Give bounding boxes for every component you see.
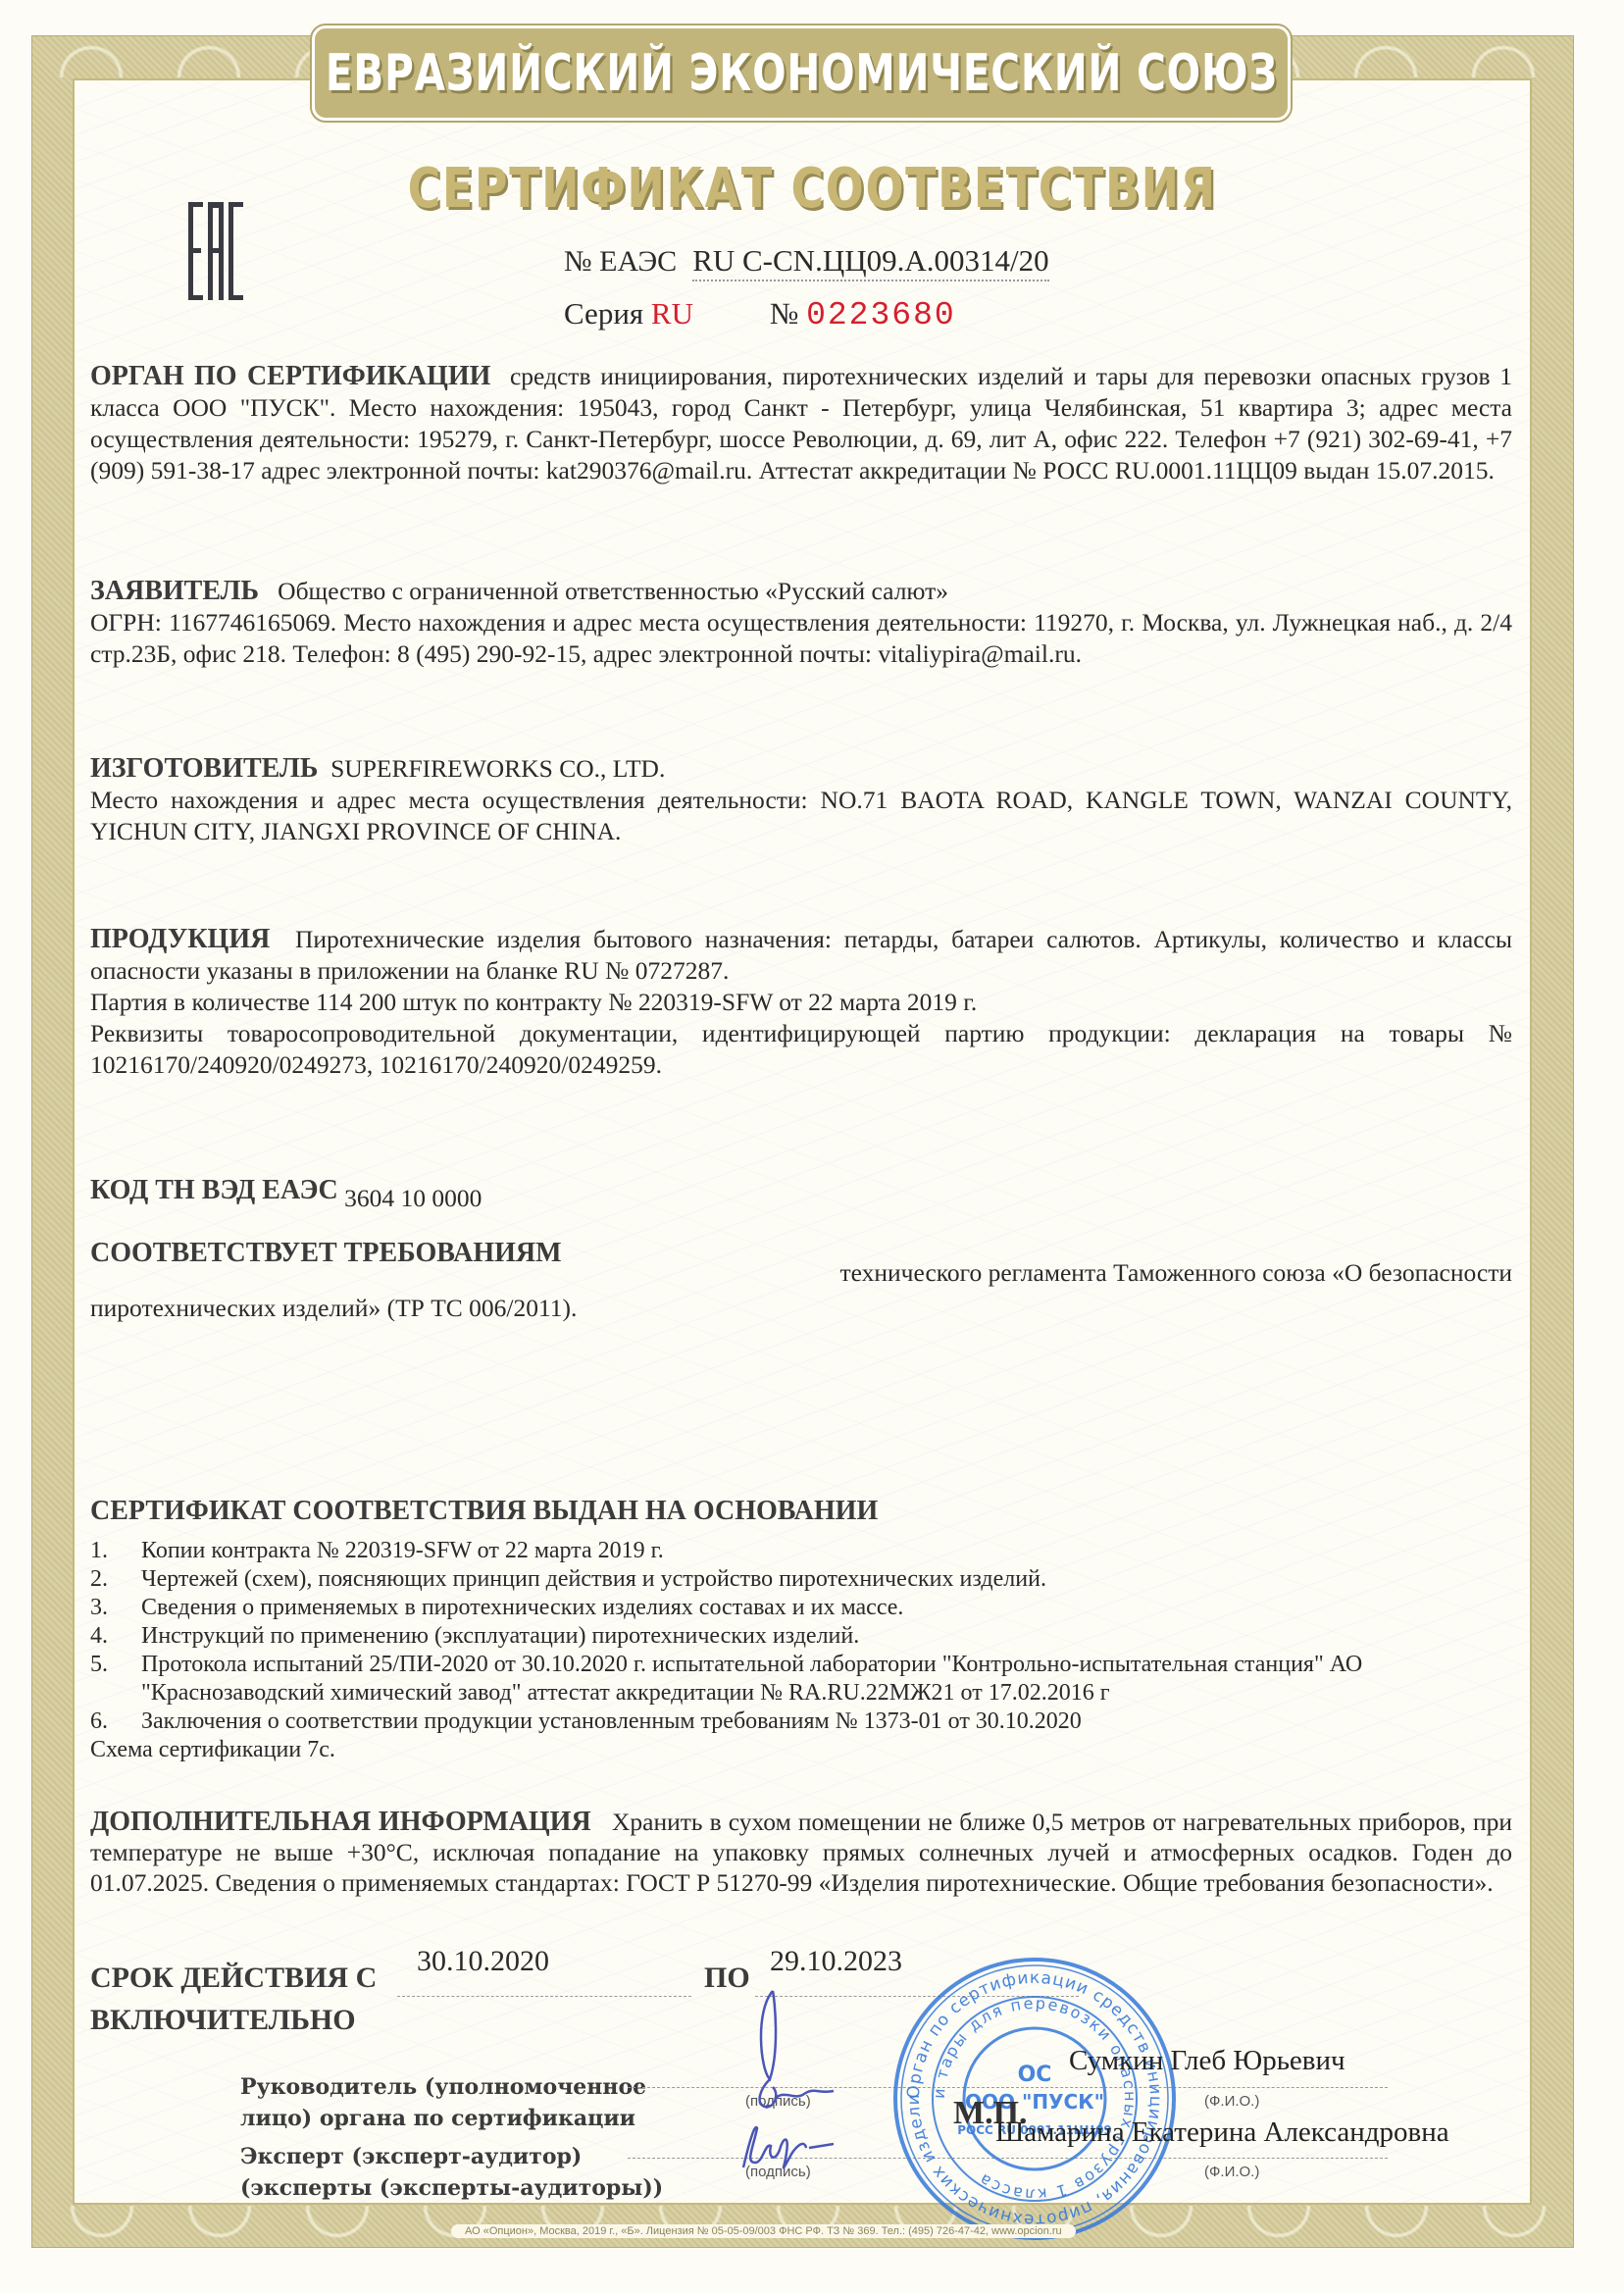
head-label-line1: Руководитель (уполномоченное xyxy=(240,2071,646,2103)
list-item-number: 6. xyxy=(90,1708,141,1736)
list-item: 4.Инструкций по применению (эксплуатации… xyxy=(90,1622,1512,1651)
validity-from-date: 30.10.2020 xyxy=(417,1945,549,1978)
section-heading: ДОПОЛНИТЕЛЬНАЯ ИНФОРМАЦИЯ xyxy=(90,1807,591,1837)
list-item-number: 4. xyxy=(90,1622,141,1651)
certification-scheme: Схема сертификации 7с. xyxy=(90,1736,1512,1764)
list-item-number: 2. xyxy=(90,1565,141,1594)
head-fio-caption: (Ф.И.О.) xyxy=(1204,2093,1259,2110)
list-item: 6.Заключения о соответствии продукции ус… xyxy=(90,1708,1512,1736)
union-banner-text: ЕВРАЗИЙСКИЙ ЭКОНОМИЧЕСКИЙ СОЮЗ xyxy=(325,44,1277,103)
section-heading: ЗАЯВИТЕЛЬ xyxy=(90,576,259,606)
series-value: RU xyxy=(651,296,693,331)
validity-inclusive: ВКЛЮЧИТЕЛЬНО xyxy=(90,2004,356,2037)
product-batch: Партия в количестве 114 200 штук по конт… xyxy=(90,988,977,1016)
validity-from-label: СРОК ДЕЙСТВИЯ С xyxy=(90,1962,377,1995)
expert-signature-icon xyxy=(736,2118,843,2177)
expert-label: Эксперт (эксперт-аудитор) (эксперты (экс… xyxy=(240,2141,663,2204)
section-heading: ОРГАН ПО СЕРТИФИКАЦИИ xyxy=(90,361,490,391)
expert-fio-caption: (Ф.И.О.) xyxy=(1204,2164,1259,2180)
eac-logo-icon: ЕАС xyxy=(188,202,243,300)
section-hs-code: КОД ТН ВЭД ЕАЭС 3604 10 0000 xyxy=(90,1175,1512,1206)
list-item: 5.Протокола испытаний 25/ПИ-2020 от 30.1… xyxy=(90,1651,1512,1708)
list-item-text: Протокола испытаний 25/ПИ-2020 от 30.10.… xyxy=(141,1651,1512,1708)
conforms-text-1: технического регламента Таможенного союз… xyxy=(677,1257,1512,1289)
svg-text:ОС: ОС xyxy=(1018,2063,1052,2087)
head-label-line2: лицо) органа по сертификации xyxy=(240,2103,646,2134)
printer-note: АО «Опцион», Москва, 2019 г., «Б». Лицен… xyxy=(451,2221,1076,2239)
applicant-name: Общество с ограниченной ответственностью… xyxy=(278,577,948,605)
list-item-text: Инструкций по применению (эксплуатации) … xyxy=(141,1622,859,1651)
section-text: ОГРН: 1167746165069. Место нахождения и … xyxy=(90,608,1512,668)
expert-label-line2: (эксперты (эксперты-аудиторы)) xyxy=(240,2172,663,2204)
validity-from-line xyxy=(397,1996,691,1997)
list-item-text: Копии контракта № 220319-SFW от 22 марта… xyxy=(141,1537,664,1565)
section-additional-info: ДОПОЛНИТЕЛЬНАЯ ИНФОРМАЦИЯ Хранить в сухо… xyxy=(90,1807,1512,1898)
section-product: ПРОДУКЦИЯ Пиротехнические изделия бытово… xyxy=(90,924,1512,1081)
list-item: 2.Чертежей (схем), поясняющих принцип де… xyxy=(90,1565,1512,1594)
conforms-text-2: пиротехнических изделий» (ТР ТС 006/2011… xyxy=(90,1293,1512,1324)
product-description: Пиротехнические изделия бытового назначе… xyxy=(90,925,1512,985)
head-name: Сумкин Глеб Юрьевич xyxy=(1069,2045,1345,2077)
basis-list: 1.Копии контракта № 220319-SFW от 22 мар… xyxy=(90,1537,1512,1764)
certificate-title: СЕРТИФИКАТ СООТВЕТСТВИЯ xyxy=(0,157,1624,221)
reg-number-value: RU C-CN.ЦЦ09.А.00314/20 xyxy=(692,243,1048,281)
printer-note-text: АО «Опцион», Москва, 2019 г., «Б». Лицен… xyxy=(451,2224,1076,2238)
section-manufacturer: ИЗГОТОВИТЕЛЬ SUPERFIREWORKS CO., LTD. Ме… xyxy=(90,753,1512,847)
section-heading: СЕРТИФИКАТ СООТВЕТСТВИЯ ВЫДАН НА ОСНОВАН… xyxy=(90,1496,878,1526)
head-label: Руководитель (уполномоченное лицо) орган… xyxy=(240,2071,646,2134)
list-item-text: Заключения о соответствии продукции уста… xyxy=(141,1708,1082,1736)
expert-name: Шамарина Екатерина Александровна xyxy=(995,2116,1449,2149)
list-item-number: 1. xyxy=(90,1537,141,1565)
list-item-number: 3. xyxy=(90,1594,141,1622)
list-item-number: 5. xyxy=(90,1651,141,1708)
section-certification-body: ОРГАН ПО СЕРТИФИКАЦИИ средств инициирова… xyxy=(90,361,1512,486)
blank-number-value: 0223680 xyxy=(806,297,956,333)
list-item: 1.Копии контракта № 220319-SFW от 22 мар… xyxy=(90,1537,1512,1565)
manufacturer-name: SUPERFIREWORKS CO., LTD. xyxy=(330,754,665,783)
section-heading: ИЗГОТОВИТЕЛЬ xyxy=(90,753,318,784)
blank-series: Серия RU № 0223680 xyxy=(564,296,956,333)
section-text: Место нахождения и адрес места осуществл… xyxy=(90,786,1512,845)
union-banner: ЕВРАЗИЙСКИЙ ЭКОНОМИЧЕСКИЙ СОЮЗ xyxy=(312,25,1291,121)
validity-to-date: 29.10.2023 xyxy=(770,1945,902,1978)
registration-number: № ЕАЭСRU C-CN.ЦЦ09.А.00314/20 xyxy=(564,243,1049,279)
certificate-title-text: СЕРТИФИКАТ СООТВЕТСТВИЯ xyxy=(407,157,1216,221)
section-applicant: ЗАЯВИТЕЛЬ Общество с ограниченной ответс… xyxy=(90,576,1512,670)
section-basis: СЕРТИФИКАТ СООТВЕТСТВИЯ ВЫДАН НА ОСНОВАН… xyxy=(90,1496,1512,1527)
reg-label: № ЕАЭС xyxy=(564,245,677,278)
expert-label-line1: Эксперт (эксперт-аудитор) xyxy=(240,2141,663,2172)
section-heading: ПРОДУКЦИЯ xyxy=(90,924,270,954)
section-heading: СООТВЕТСТВУЕТ ТРЕБОВАНИЯМ xyxy=(90,1238,562,1268)
hs-code-value: 3604 10 0000 xyxy=(344,1184,482,1212)
blank-number-label: № xyxy=(770,296,799,331)
series-label: Серия xyxy=(564,296,643,331)
product-documents: Реквизиты товаросопроводительной докумен… xyxy=(90,1019,1512,1079)
list-item-text: Сведения о применяемых в пиротехнических… xyxy=(141,1594,903,1622)
section-heading: КОД ТН ВЭД ЕАЭС xyxy=(90,1175,338,1205)
list-item: 3.Сведения о применяемых в пиротехническ… xyxy=(90,1594,1512,1622)
list-item-text: Чертежей (схем), поясняющих принцип дейс… xyxy=(141,1565,1046,1594)
seal-stamp-icon: Орган по сертификации средств инициирова… xyxy=(888,1952,1182,2246)
